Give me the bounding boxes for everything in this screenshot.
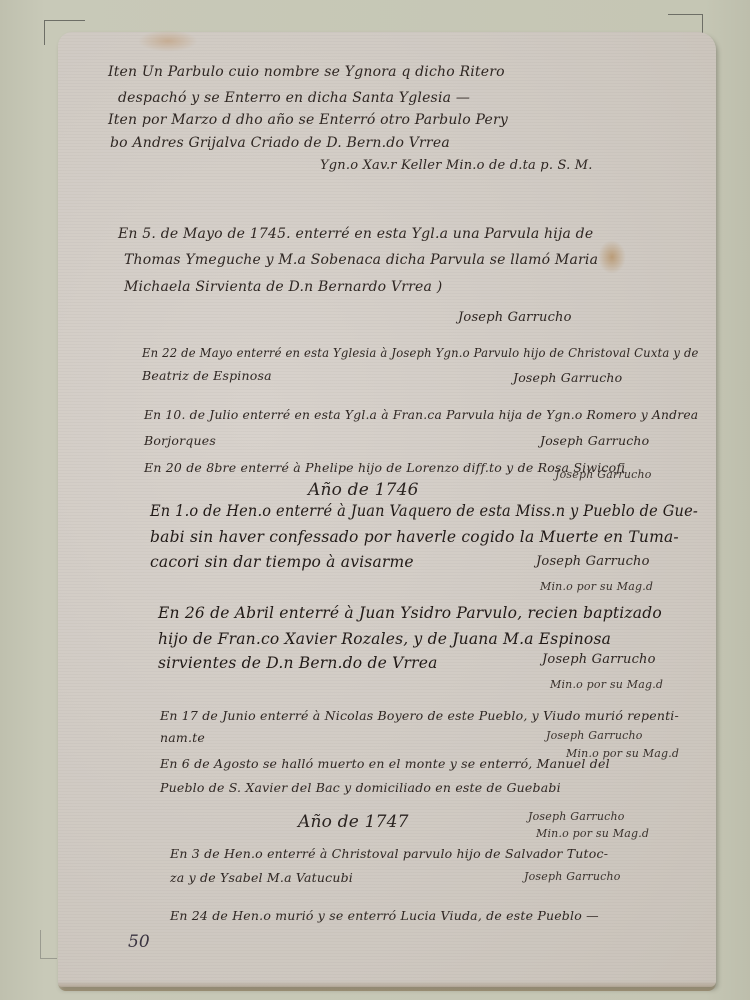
signature: Joseph Garrucho [536,554,650,569]
entry-line: En 26 de Abril enterré à Juan Ysidro Par… [158,604,662,622]
entry-line: En 17 de Junio enterré à Nicolas Boyero … [160,708,679,723]
folio-number: 50 [128,932,150,952]
entry-line: nam.te [160,730,205,745]
signature: Joseph Garrucho [546,729,643,742]
year-heading: Año de 1747 [298,812,409,832]
entry-line: En 24 de Hen.o murió y se enterró Lucia … [170,908,599,923]
entry-line: En 22 de Mayo enterré en esta Yglesia à … [142,345,699,360]
entry-line: Thomas Ymeguche y M.a Sobenaca dicha Par… [124,252,598,268]
signature: Joseph Garrucho [542,652,656,667]
corner-mark-bottom-left [40,930,57,959]
entry-line: za y de Ysabel M.a Vatucubi [170,870,353,885]
corner-mark-top-right [668,14,703,33]
entry-line: En 3 de Hen.o enterré à Christoval parvu… [170,846,608,861]
signature: Ygn.o Xav.r Keller Min.o de d.ta p. S. M… [320,158,593,173]
entry-line: Iten Un Parbulo cuio nombre se Ygnora q … [108,64,505,80]
entry-line: bo Andres Grijalva Criado de D. Bern.do … [110,135,450,151]
signature-title: Min.o por su Mag.d [550,678,663,691]
entry-line: En 6 de Agosto se halló muerto en el mon… [160,756,610,771]
year-heading: Año de 1746 [308,480,419,500]
entry-line: hijo de Fran.co Xavier Rozales, y de Jua… [158,630,611,648]
signature: Joseph Garrucho [513,370,622,385]
entry-line: En 5. de Mayo de 1745. enterré en esta Y… [118,226,593,242]
entry-line: Michaela Sirvienta de D.n Bernardo Vrrea… [124,279,442,295]
entry-line: sirvientes de D.n Bern.do de Vrrea [158,654,438,672]
entry-line: Borjorques [144,433,216,448]
signature: Joseph Garrucho [524,870,621,883]
signature-title: Min.o por su Mag.d [536,827,649,840]
entry-line: En 10. de Julio enterré en esta Ygl.a à … [144,407,698,422]
paper-stain [598,240,626,274]
manuscript-page: Iten Un Parbulo cuio nombre se Ygnora q … [58,32,716,987]
signature-title: Min.o por su Mag.d [540,580,653,593]
signature: Joseph Garrucho [458,310,572,325]
signature: Joseph Garrucho [528,810,625,823]
entry-line: despachó y se Enterro en dicha Santa Ygl… [118,90,470,106]
entry-line: Pueblo de S. Xavier del Bac y domiciliad… [160,780,561,795]
entry-line: Iten por Marzo d dho año se Enterró otro… [108,112,508,128]
entry-line: En 20 de 8bre enterré à Phelipe hijo de … [144,460,625,475]
entry-line: babi sin haver confessado por haverle co… [150,528,679,546]
signature: Joseph Garrucho [555,468,652,481]
entry-line: cacori sin dar tiempo à avisarme [150,553,414,571]
signature: Joseph Garrucho [540,433,649,448]
entry-line: En 1.o de Hen.o enterré à Juan Vaquero d… [150,502,698,520]
entry-line: Beatriz de Espinosa [142,368,272,383]
